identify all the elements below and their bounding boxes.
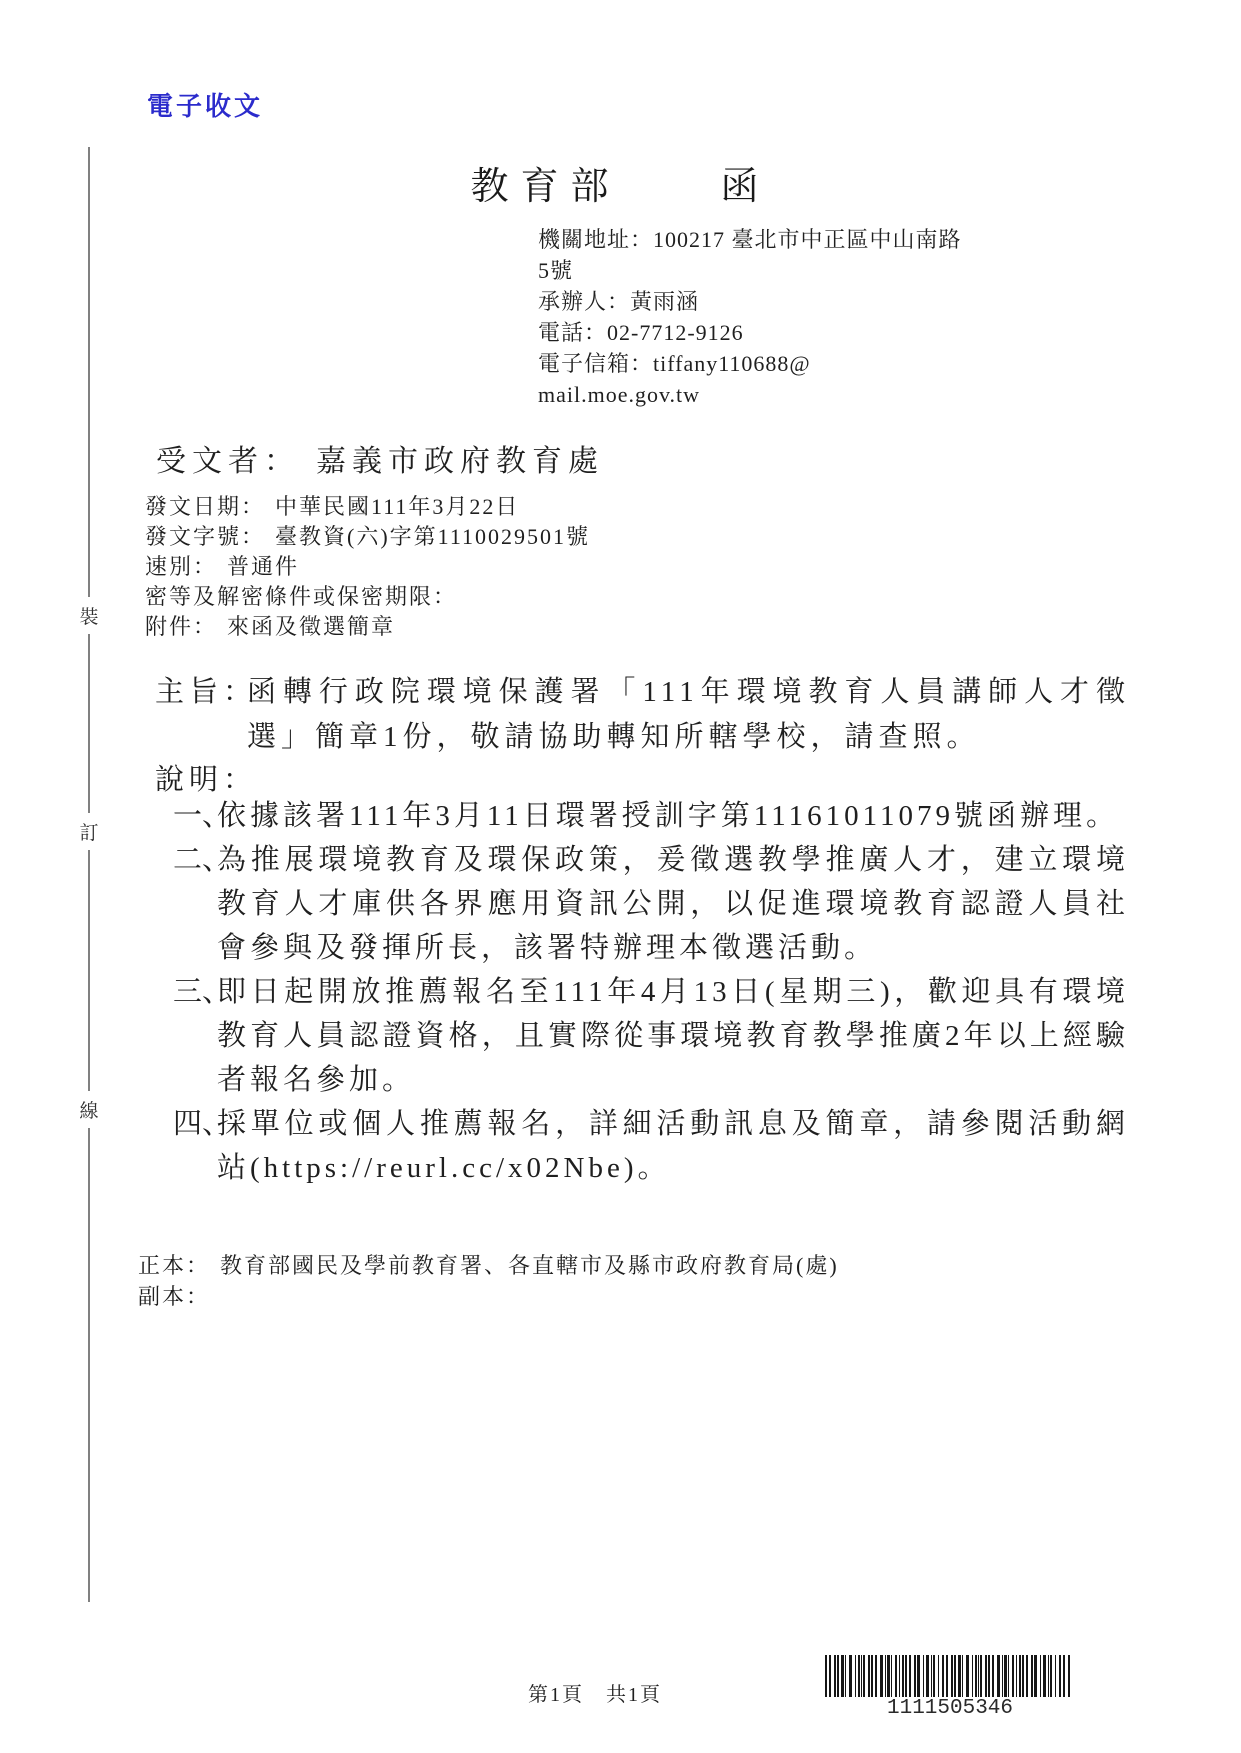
document-meta-block: 發文日期：中華民國111年3月22日 發文字號：臺教資(六)字第11100295… <box>145 492 590 642</box>
recipient-label: 受文者： <box>156 445 300 478</box>
explanation-list: 一、依據該署111年3月11日環署授訓字第11161011079號函辦理。 二、… <box>155 794 1129 1190</box>
explanation-item-2: 二、為推展環境教育及環保政策，爰徵選教學推廣人才，建立環境教育人才庫供各界應用資… <box>217 838 1129 970</box>
issue-date-row: 發文日期：中華民國111年3月22日 <box>145 492 590 522</box>
priority-label: 速別： <box>145 554 217 579</box>
subject-section: 主旨： 函轉行政院環境保護署「111年環境教育人員講師人才徵選」簡章1份，敬請協… <box>155 670 1130 760</box>
barcode-number: 1111505346 <box>823 1697 1077 1720</box>
issue-date-value: 中華民國111年3月22日 <box>275 494 519 519</box>
classification-label: 密等及解密條件或保密期限： <box>145 584 457 609</box>
item-3-text: 即日起開放推薦報名至111年4月13日(星期三)，歡迎具有環境教育人員認證資格，… <box>217 976 1129 1096</box>
official-letter-page: 電子收文 教育部 函 機關地址：100217 臺北市中正區中山南路 5號 承辦人… <box>0 0 1241 1753</box>
original-copy-label: 正本： <box>138 1253 210 1278</box>
email-domain-line: mail.moe.gov.tw <box>538 379 962 410</box>
item-4-text: 採單位或個人推薦報名，詳細活動訊息及簡章，請參閱活動網站(https://reu… <box>217 1108 1129 1184</box>
binding-margin-line <box>88 147 90 1602</box>
item-2-text: 為推展環境教育及環保政策，爰徵選教學推廣人才，建立環境教育人才庫供各界應用資訊公… <box>217 844 1129 964</box>
item-1-text: 依據該署111年3月11日環署授訓字第11161011079號函辦理。 <box>217 800 1119 832</box>
binding-mark-xian: 線 <box>67 1091 111 1128</box>
phone-line: 電話：02-7712-9126 <box>538 317 962 348</box>
explanation-item-1: 一、依據該署111年3月11日環署授訓字第11161011079號函辦理。 <box>217 794 1129 838</box>
document-title: 教育部 函 <box>0 155 1241 210</box>
issue-date-label: 發文日期： <box>145 494 265 519</box>
recipient-value: 嘉義市政府教育處 <box>316 445 604 478</box>
agency-address-line2: 5號 <box>538 255 962 286</box>
email-line: 電子信箱：tiffany110688@ <box>538 348 962 379</box>
attachment-row: 附件：來函及徵選簡章 <box>145 612 590 642</box>
original-copy-value: 教育部國民及學前教育署、各直轄市及縣市政府教育局(處) <box>220 1253 839 1278</box>
agency-contact-block: 機關地址：100217 臺北市中正區中山南路 5號 承辦人：黃雨涵 電話：02-… <box>538 224 962 410</box>
item-3-number: 三、 <box>173 970 231 1014</box>
explanation-heading: 說明： <box>155 757 257 798</box>
explanation-item-3: 三、即日起開放推薦報名至111年4月13日(星期三)，歡迎具有環境教育人員認證資… <box>217 970 1129 1102</box>
duplicate-copy-row: 副本： <box>138 1281 839 1312</box>
reference-number-value: 臺教資(六)字第1110029501號 <box>275 524 590 549</box>
reference-number-row: 發文字號：臺教資(六)字第1110029501號 <box>145 522 590 552</box>
contact-person-line: 承辦人：黃雨涵 <box>538 286 962 317</box>
item-2-number: 二、 <box>173 838 231 882</box>
reference-number-label: 發文字號： <box>145 524 265 549</box>
item-4-number: 四、 <box>173 1102 231 1146</box>
attachment-value: 來函及徵選簡章 <box>227 614 395 639</box>
original-copy-row: 正本：教育部國民及學前教育署、各直轄市及縣市政府教育局(處) <box>138 1250 839 1281</box>
copies-block: 正本：教育部國民及學前教育署、各直轄市及縣市政府教育局(處) 副本： <box>138 1250 839 1312</box>
electronic-receipt-stamp: 電子收文 <box>147 86 263 123</box>
duplicate-copy-label: 副本： <box>138 1284 210 1309</box>
priority-value: 普通件 <box>227 554 299 579</box>
subject-text: 函轉行政院環境保護署「111年環境教育人員講師人才徵選」簡章1份，敬請協助轉知所… <box>247 670 1130 760</box>
subject-label: 主旨： <box>155 670 257 715</box>
binding-mark-ding: 訂 <box>67 813 111 850</box>
classification-row: 密等及解密條件或保密期限： <box>145 582 590 612</box>
page-number-info: 第1頁 共1頁 <box>528 1678 662 1707</box>
recipient-row: 受文者：嘉義市政府教育處 <box>156 436 604 480</box>
barcode <box>825 1655 1075 1697</box>
explanation-item-4: 四、採單位或個人推薦報名，詳細活動訊息及簡章，請參閱活動網站(https://r… <box>217 1102 1129 1190</box>
attachment-label: 附件： <box>145 614 217 639</box>
agency-address-line: 機關地址：100217 臺北市中正區中山南路 <box>538 224 962 255</box>
priority-row: 速別：普通件 <box>145 552 590 582</box>
binding-mark-zhuang: 裝 <box>67 597 111 634</box>
item-1-number: 一、 <box>173 794 231 838</box>
